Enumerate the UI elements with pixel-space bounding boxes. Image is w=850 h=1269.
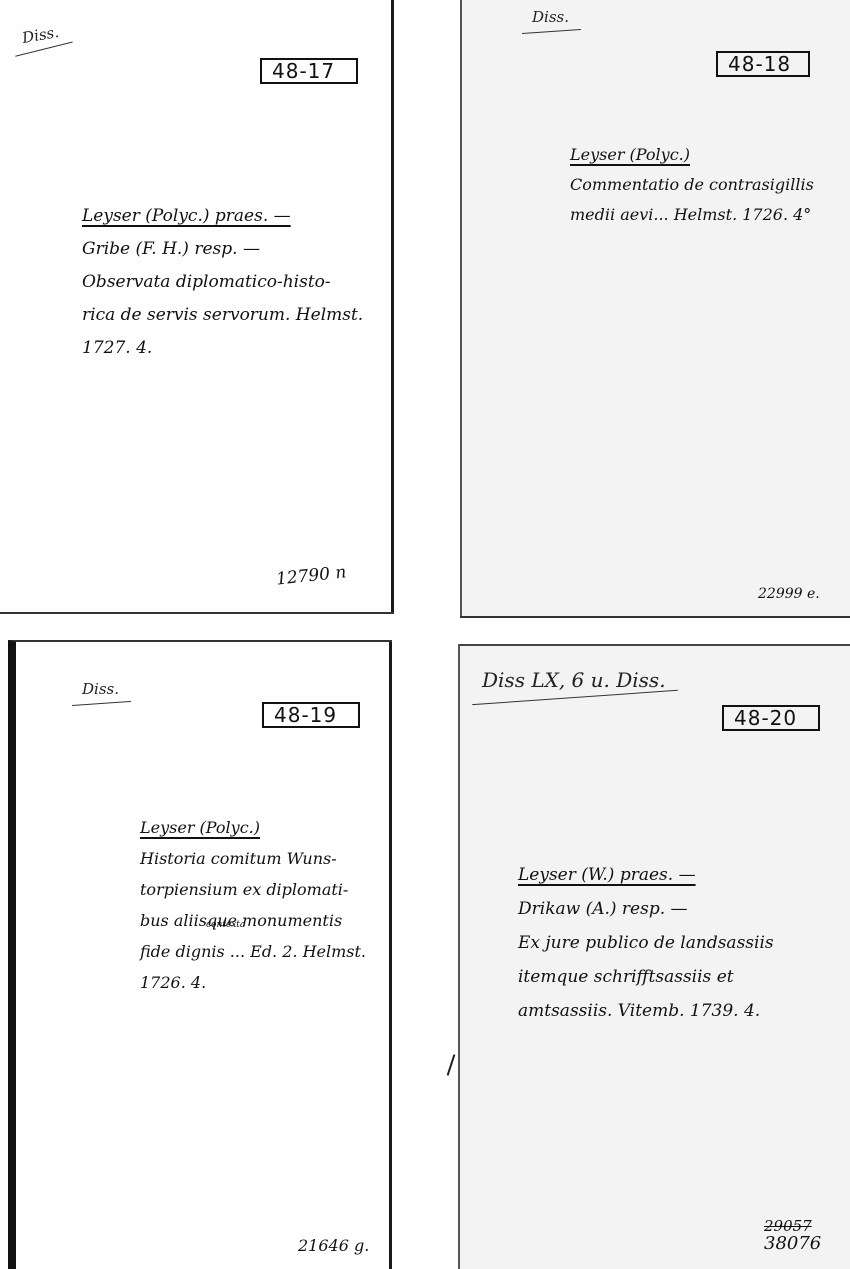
imprint-line: 1727. 4. <box>82 332 363 365</box>
call-number-box: 48-17 <box>260 58 358 84</box>
inventory-number: 21646 g. <box>298 1236 369 1255</box>
respondent-line: Drikaw (A.) resp. — <box>518 892 774 926</box>
card-text: Leyser (Polyc.) praes. — Gribe (F. H.) r… <box>82 200 363 365</box>
catalog-card-48-19: Diss. 48-19 Leyser (Polyc.) Historia com… <box>8 640 392 1269</box>
card-edge <box>0 612 394 614</box>
author-line: Leyser (Polyc.) <box>140 812 366 843</box>
title-line: torpiensium ex diplomati- <box>140 874 366 905</box>
author-name: Leyser (Polyc.) praes. — <box>82 206 291 226</box>
card-edge <box>458 644 460 1269</box>
call-number-box: 48-18 <box>716 51 810 77</box>
title-line: Commentatio de contrasigillis <box>570 170 814 200</box>
title-line: Observata diplomatico-histo- <box>82 266 363 299</box>
card-edge <box>460 0 462 618</box>
author-line: Leyser (W.) praes. — <box>518 858 774 892</box>
catalog-card-48-17: Diss. 48-17 Leyser (Polyc.) praes. — Gri… <box>0 0 394 614</box>
author-name: Leyser (Polyc.) <box>570 145 690 164</box>
shelf-mark: Diss LX, 6 u. Diss. <box>482 668 666 692</box>
author-name: Leyser (W.) praes. — <box>518 865 696 885</box>
author-name: Leyser (Polyc.) <box>140 818 260 837</box>
inventory-number: 12790 n <box>275 562 347 589</box>
title-line: itemque schrifftsassiis et <box>518 960 774 994</box>
card-edge <box>391 0 394 614</box>
imprint-line: medii aevi... Helmst. 1726. 4° <box>570 200 814 230</box>
card-edge <box>460 616 850 618</box>
shelf-mark: Diss. <box>82 680 119 698</box>
call-number-box: 48-19 <box>262 702 360 728</box>
shelf-mark: Diss. <box>21 23 61 47</box>
inventory-number: 38076 <box>764 1233 821 1254</box>
imprint-line: amtsassiis. Vitemb. 1739. 4. <box>518 994 774 1028</box>
inventory-number-block: 29057 38076 <box>764 1218 821 1253</box>
inventory-number: 22999 e. <box>758 586 820 602</box>
imprint-line: 1726. 4. <box>140 967 366 998</box>
respondent-line: Gribe (F. H.) resp. — <box>82 233 363 266</box>
card-text: Leyser (Polyc.) Commentatio de contrasig… <box>570 140 814 230</box>
card-edge <box>389 642 392 1269</box>
card-edge <box>458 644 850 646</box>
title-line: Ex jure publico de landsassiis <box>518 926 774 960</box>
card-text: Leyser (Polyc.) Historia comitum Wuns- t… <box>140 812 366 998</box>
shelf-mark: Diss. <box>532 8 569 26</box>
title-line: fide dignis ... Ed. 2. Helmst. <box>140 936 366 967</box>
catalog-card-48-20: Diss LX, 6 u. Diss. 48-20 Leyser (W.) pr… <box>458 644 850 1269</box>
author-line: Leyser (Polyc.) praes. — <box>82 200 363 233</box>
title-line: rica de servis servorum. Helmst. <box>82 299 363 332</box>
title-line: bus aliisque monumentis <box>140 905 366 936</box>
title-line: Historia comitum Wuns- <box>140 843 366 874</box>
catalog-card-48-18: Diss. 48-18 Leyser (Polyc.) Commentatio … <box>460 0 850 618</box>
stray-mark <box>447 1054 456 1076</box>
call-number-box: 48-20 <box>722 705 820 731</box>
author-line: Leyser (Polyc.) <box>570 140 814 170</box>
card-text: Leyser (W.) praes. — Drikaw (A.) resp. —… <box>518 858 774 1028</box>
handwritten-insertion: contexta <box>206 920 245 930</box>
